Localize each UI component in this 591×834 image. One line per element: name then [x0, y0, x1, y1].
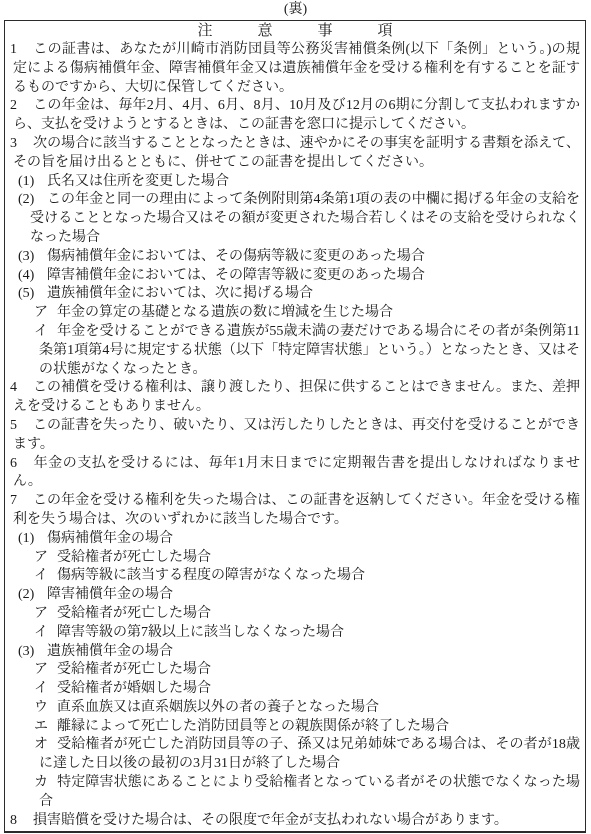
item-number: 2 [10, 97, 33, 116]
notice-title: 注 意 事 項 [10, 22, 580, 41]
notice-item-7-2: (2)障害補償年金の場合 [10, 586, 580, 605]
item-text: 遺族補償年金の場合 [47, 644, 173, 659]
item-number: 6 [10, 455, 33, 474]
item-number: 8 [10, 812, 33, 831]
item-text: 受給権者が死亡した消防団員等の子、孫又は兄弟姉妹である場合は、その者が18歳に達… [39, 737, 580, 771]
item-number: ア [34, 661, 57, 680]
notice-item-7-1: (1)傷病補償年金の場合 [10, 530, 580, 549]
item-text: 損害賠償を受けた場合は、その限度で年金が支払われない場合があります。 [33, 813, 508, 828]
item-text: この証書を失ったり、破いたり、又は汚したりしたときは、再交付を受けることができま… [13, 418, 580, 452]
item-number: (2) [18, 586, 47, 605]
page-side-label: (裏) [0, 0, 591, 20]
notice-item-7-3-ka: カ特定障害状態にあることにより受給権者となっている者がその状態でなくなった場合 [10, 774, 580, 812]
notice-item-7-2-i: イ障害等級の第7級以上に該当しなくなった場合 [10, 624, 580, 643]
item-text: 受給権者が婚姻した場合 [57, 681, 211, 696]
notice-item-5: 5この証書を失ったり、破いたり、又は汚したりしたときは、再交付を受けることができ… [10, 417, 580, 455]
item-number: オ [34, 736, 57, 755]
notice-item-7-1-i: イ傷病等級に該当する程度の障害がなくなった場合 [10, 567, 580, 586]
item-number: イ [34, 680, 57, 699]
notice-item-7-3-a: ア受給権者が死亡した場合 [10, 661, 580, 680]
notice-item-3: 3次の場合に該当することとなったときは、速やかにその事実を証明する書類を添えて、… [10, 135, 580, 173]
item-number: (5) [18, 285, 47, 304]
item-text: 次の場合に該当することとなったときは、速やかにその事実を証明する書類を添えて、そ… [13, 136, 580, 170]
notice-item-7-1-a: ア受給権者が死亡した場合 [10, 549, 580, 568]
item-number: (2) [18, 191, 47, 210]
item-number: (3) [18, 643, 47, 662]
item-text: 氏名又は住所を変更した場合 [47, 174, 229, 189]
notice-item-2: 2この年金は、毎年2月、4月、6月、8月、10月及び12月の6期に分割して支払わ… [10, 97, 580, 135]
item-text: 年金の算定の基礎となる遺族の数に増減を生じた場合 [57, 305, 393, 320]
item-text: 受給権者が死亡した場合 [57, 606, 211, 621]
notice-item-6: 6年金の支払を受けるには、毎年1月末日までに定期報告書を提出しなければなりません… [10, 455, 580, 493]
item-text: 特定障害状態にあることにより受給権者となっている者がその状態でなくなった場合 [39, 775, 580, 809]
item-text: 障害補償年金の場合 [47, 587, 173, 602]
item-number: 3 [10, 135, 33, 154]
item-number: 1 [10, 41, 33, 60]
notice-item-3-3: (3)傷病補償年金においては、その傷病等級に変更のあった場合 [10, 248, 580, 267]
item-text: この年金は、毎年2月、4月、6月、8月、10月及び12月の6期に分割して支払われ… [13, 98, 580, 132]
notice-item-3-4: (4)障害補償年金においては、その障害等級に変更のあった場合 [10, 267, 580, 286]
item-text: 離縁によって死亡した消防団員等との親族関係が終了した場合 [57, 719, 449, 734]
notice-box: 注 意 事 項 1この証書は、あなたが川崎市消防団員等公務災害補償条例(以下「条… [4, 20, 586, 833]
item-number: 5 [10, 417, 33, 436]
item-number: ア [34, 304, 57, 323]
item-text: 遺族補償年金においては、次に掲げる場合 [47, 286, 313, 301]
item-text: この補償を受ける権利は、譲り渡したり、担保に供することはできません。また、差押え… [13, 380, 580, 414]
notice-item-7-3-i: イ受給権者が婚姻した場合 [10, 680, 580, 699]
notice-item-7-3: (3)遺族補償年金の場合 [10, 643, 580, 662]
item-number: 4 [10, 379, 33, 398]
item-text: この証書は、あなたが川崎市消防団員等公務災害補償条例(以下「条例」という。)の規… [13, 42, 580, 95]
item-number: (1) [18, 173, 47, 192]
item-text: この年金を受ける権利を失った場合は、この証書を返納してください。年金を受ける権利… [13, 493, 580, 527]
item-text: 受給権者が死亡した場合 [57, 550, 211, 565]
notice-item-7-2-a: ア受給権者が死亡した場合 [10, 605, 580, 624]
notice-item-3-5-i: イ年金を受けることができる遺族が55歳未満の妻だけである場合にその者が条例第11… [10, 323, 580, 379]
notice-item-7-3-e: エ離縁によって死亡した消防団員等との親族関係が終了した場合 [10, 718, 580, 737]
item-number: イ [34, 624, 57, 643]
item-text: 年金を受けることができる遺族が55歳未満の妻だけである場合にその者が条例第11条… [39, 324, 580, 377]
notice-item-7: 7この年金を受ける権利を失った場合は、この証書を返納してください。年金を受ける権… [10, 492, 580, 530]
item-text: 傷病補償年金においては、その傷病等級に変更のあった場合 [47, 249, 425, 264]
item-text: この年金と同一の理由によって条例附則第4条第1項の表の中欄に掲げる年金の支給を受… [30, 192, 580, 245]
item-number: ア [34, 605, 57, 624]
notice-item-7-3-u: ウ直系血族又は直系姻族以外の者の養子となった場合 [10, 699, 580, 718]
item-number: エ [34, 718, 57, 737]
item-number: 7 [10, 492, 33, 511]
certificate-back-page: (裏) 注 意 事 項 1この証書は、あなたが川崎市消防団員等公務災害補償条例(… [0, 0, 591, 833]
notice-item-3-5-a: ア年金の算定の基礎となる遺族の数に増減を生じた場合 [10, 304, 580, 323]
item-text: 傷病補償年金の場合 [47, 531, 173, 546]
notice-item-1: 1この証書は、あなたが川崎市消防団員等公務災害補償条例(以下「条例」という。)の… [10, 41, 580, 97]
item-text: 直系血族又は直系姻族以外の者の養子となった場合 [57, 700, 379, 715]
item-text: 傷病等級に該当する程度の障害がなくなった場合 [57, 568, 365, 583]
notice-item-4: 4この補償を受ける権利は、譲り渡したり、担保に供することはできません。また、差押… [10, 379, 580, 417]
item-text: 障害等級の第7級以上に該当しなくなった場合 [57, 625, 344, 640]
item-number: (3) [18, 248, 47, 267]
item-number: イ [34, 567, 57, 586]
item-number: ウ [34, 699, 57, 718]
item-number: イ [34, 323, 57, 342]
item-number: カ [34, 774, 57, 793]
item-number: (4) [18, 267, 47, 286]
item-text: 年金の支払を受けるには、毎年1月末日までに定期報告書を提出しなければなりません。 [13, 456, 580, 490]
notice-item-8: 8損害賠償を受けた場合は、その限度で年金が支払われない場合があります。 [10, 812, 580, 831]
item-text: 障害補償年金においては、その障害等級に変更のあった場合 [47, 268, 425, 283]
notice-item-3-5: (5)遺族補償年金においては、次に掲げる場合 [10, 285, 580, 304]
notice-item-7-3-o: オ受給権者が死亡した消防団員等の子、孫又は兄弟姉妹である場合は、その者が18歳に… [10, 736, 580, 774]
item-text: 受給権者が死亡した場合 [57, 662, 211, 677]
notice-item-3-1: (1)氏名又は住所を変更した場合 [10, 173, 580, 192]
item-number: ア [34, 549, 57, 568]
notice-item-3-2: (2)この年金と同一の理由によって条例附則第4条第1項の表の中欄に掲げる年金の支… [10, 191, 580, 247]
item-number: (1) [18, 530, 47, 549]
